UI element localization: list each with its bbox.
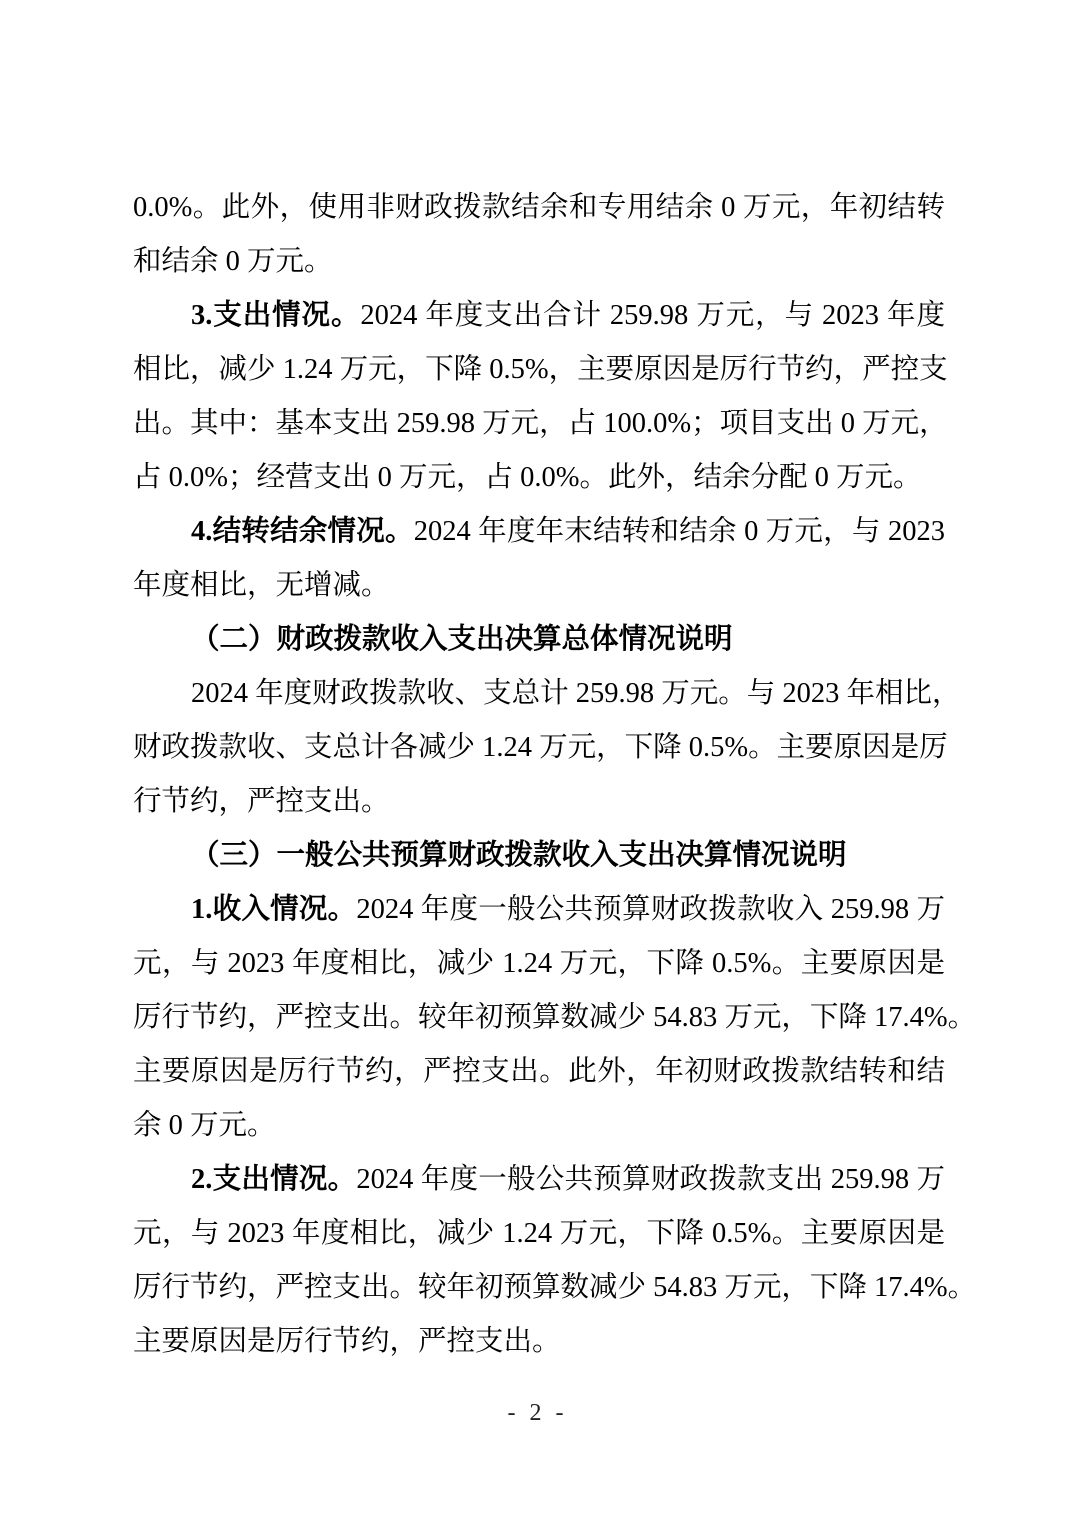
text-run: 相比，减少 1.24 万元，下降 0.5%，主要原因是厉行节约，严控支	[133, 354, 948, 385]
text-line: 年度相比，无增减。	[133, 559, 945, 613]
text-run: 2024 年度财政拨款收、支总计 259.98 万元。与 2023 年相比，	[191, 678, 961, 709]
text-run: 主要原因是厉行节约，严控支出。此外，年初财政拨款结转和结	[133, 1056, 945, 1087]
text-run: 余 0 万元。	[133, 1110, 276, 1141]
text-run: 财政拨款收、支总计各减少 1.24 万元，下降 0.5%。主要原因是厉	[133, 732, 948, 763]
text-run: 2024 年度年末结转和结余 0 万元，与 2023	[414, 516, 945, 547]
text-line: 元，与 2023 年度相比，减少 1.24 万元，下降 0.5%。主要原因是	[133, 1207, 945, 1261]
document-page: 0.0%。此外，使用非财政拨款结余和专用结余 0 万元，年初结转和结余 0 万元…	[0, 0, 1075, 1520]
text-run: 出。其中：基本支出 259.98 万元，占 100.0%；项目支出 0 万元，	[133, 408, 948, 439]
text-line: （二）财政拨款收入支出决算总体情况说明	[133, 613, 945, 667]
text-run: 2024 年度支出合计 259.98 万元，与 2023 年度	[360, 300, 945, 331]
text-line: 1.收入情况。2024 年度一般公共预算财政拨款收入 259.98 万	[133, 883, 945, 937]
text-run: 0.0%。此外，使用非财政拨款结余和专用结余 0 万元，年初结转	[133, 192, 945, 223]
text-run-bold: 3.支出情况。	[191, 300, 360, 331]
text-line: 出。其中：基本支出 259.98 万元，占 100.0%；项目支出 0 万元，	[133, 397, 945, 451]
text-run-bold: 2.支出情况。	[191, 1164, 356, 1195]
text-run: 2024 年度一般公共预算财政拨款收入 259.98 万	[356, 894, 945, 925]
text-line: 元，与 2023 年度相比，减少 1.24 万元，下降 0.5%。主要原因是	[133, 937, 945, 991]
document-body: 0.0%。此外，使用非财政拨款结余和专用结余 0 万元，年初结转和结余 0 万元…	[133, 181, 945, 1369]
text-line: 2.支出情况。2024 年度一般公共预算财政拨款支出 259.98 万	[133, 1153, 945, 1207]
text-run: 元，与 2023 年度相比，减少 1.24 万元，下降 0.5%。主要原因是	[133, 1218, 945, 1249]
text-run: 元，与 2023 年度相比，减少 1.24 万元，下降 0.5%。主要原因是	[133, 948, 945, 979]
text-run: 厉行节约，严控支出。较年初预算数减少 54.83 万元，下降 17.4%。	[133, 1002, 976, 1033]
text-line: 占 0.0%；经营支出 0 万元，占 0.0%。此外，结余分配 0 万元。	[133, 451, 945, 505]
text-run: 2024 年度一般公共预算财政拨款支出 259.98 万	[356, 1164, 945, 1195]
text-line: 3.支出情况。2024 年度支出合计 259.98 万元，与 2023 年度	[133, 289, 945, 343]
text-line: 相比，减少 1.24 万元，下降 0.5%，主要原因是厉行节约，严控支	[133, 343, 945, 397]
text-line: 厉行节约，严控支出。较年初预算数减少 54.83 万元，下降 17.4%。	[133, 991, 945, 1045]
text-run-bold: 1.收入情况。	[191, 894, 356, 925]
text-line: 余 0 万元。	[133, 1099, 945, 1153]
text-line: 0.0%。此外，使用非财政拨款结余和专用结余 0 万元，年初结转	[133, 181, 945, 235]
text-line: 主要原因是厉行节约，严控支出。	[133, 1315, 945, 1369]
text-run: 厉行节约，严控支出。较年初预算数减少 54.83 万元，下降 17.4%。	[133, 1272, 976, 1303]
text-line: 厉行节约，严控支出。较年初预算数减少 54.83 万元，下降 17.4%。	[133, 1261, 945, 1315]
text-run: 行节约，严控支出。	[133, 786, 390, 817]
text-line: 和结余 0 万元。	[133, 235, 945, 289]
text-run: 主要原因是厉行节约，严控支出。	[133, 1326, 561, 1357]
text-run-bold: （二）财政拨款收入支出决算总体情况说明	[191, 624, 733, 655]
text-run-bold: （三）一般公共预算财政拨款收入支出决算情况说明	[191, 840, 847, 871]
text-line: 2024 年度财政拨款收、支总计 259.98 万元。与 2023 年相比，	[133, 667, 945, 721]
text-line: 行节约，严控支出。	[133, 775, 945, 829]
text-line: 财政拨款收、支总计各减少 1.24 万元，下降 0.5%。主要原因是厉	[133, 721, 945, 775]
text-line: 主要原因是厉行节约，严控支出。此外，年初财政拨款结转和结	[133, 1045, 945, 1099]
text-run: 和结余 0 万元。	[133, 246, 333, 277]
text-run: 年度相比，无增减。	[133, 570, 390, 601]
page-number: - 2 -	[0, 1400, 1075, 1427]
text-run: 占 0.0%；经营支出 0 万元，占 0.0%。此外，结余分配 0 万元。	[133, 462, 921, 493]
text-line: （三）一般公共预算财政拨款收入支出决算情况说明	[133, 829, 945, 883]
text-line: 4.结转结余情况。2024 年度年末结转和结余 0 万元，与 2023	[133, 505, 945, 559]
text-run-bold: 4.结转结余情况。	[191, 516, 414, 547]
